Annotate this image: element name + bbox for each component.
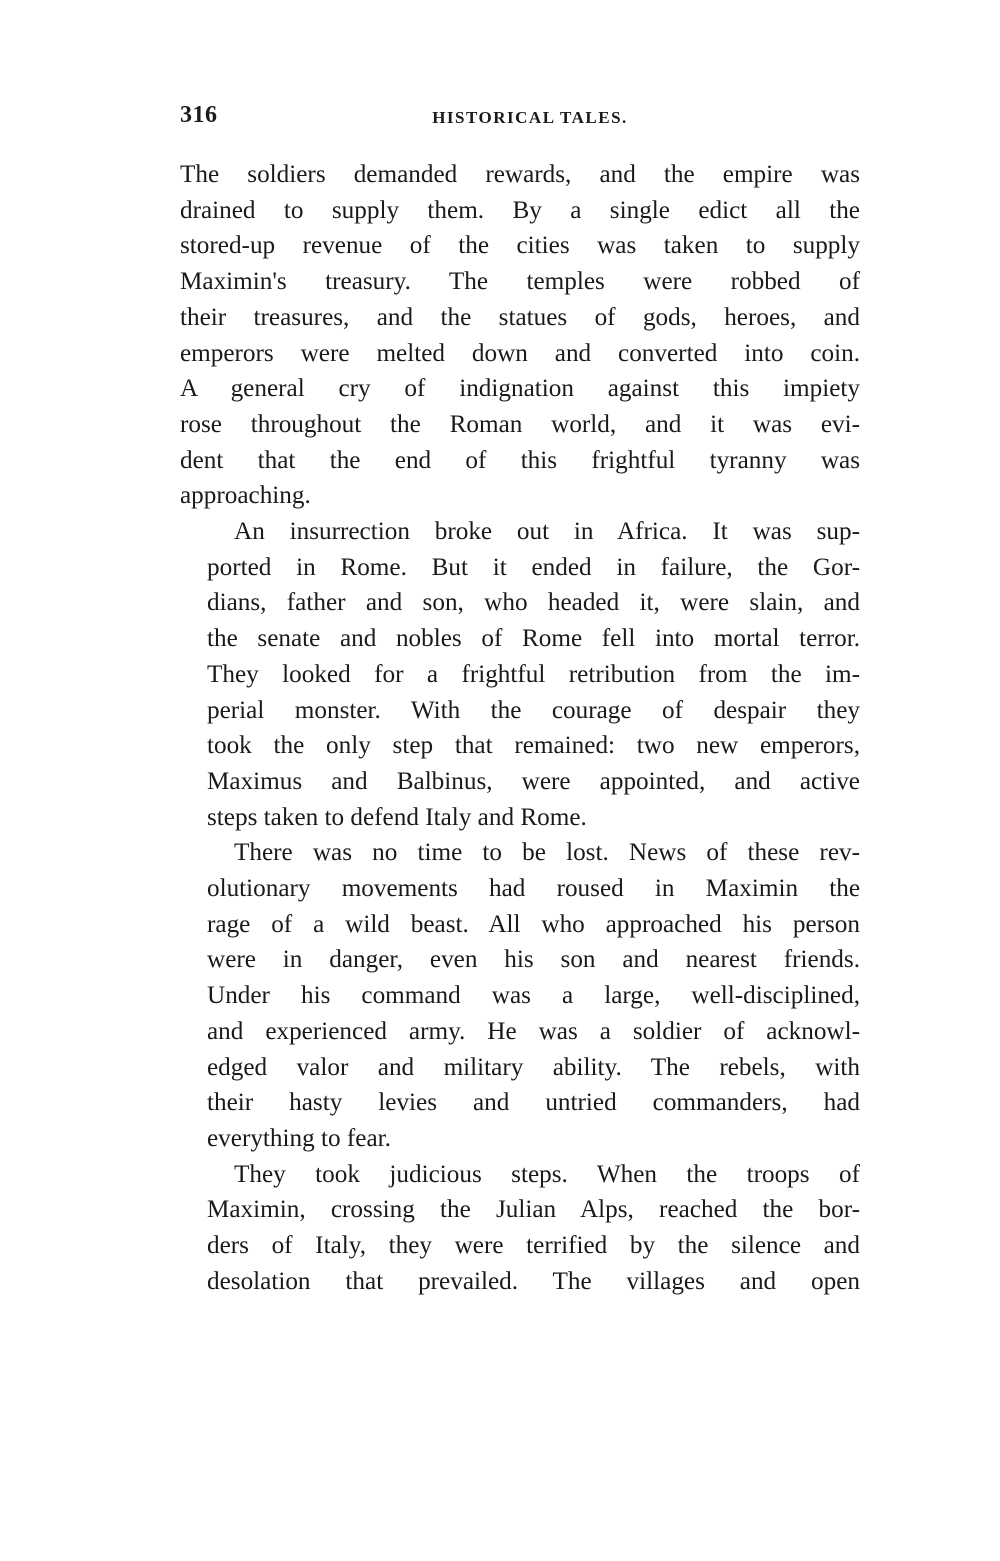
text-line: took the only step that remained: two ne… bbox=[180, 728, 860, 764]
text-line: There was no time to be lost. News of th… bbox=[180, 835, 860, 871]
body-text: The soldiers demanded rewards, and the e… bbox=[180, 157, 860, 1300]
text-line: were in danger, even his son and nearest… bbox=[180, 942, 860, 978]
text-line: Under his command was a large, well-disc… bbox=[180, 978, 860, 1014]
text-line: They looked for a frightful retribution … bbox=[180, 657, 860, 693]
text-line: emperors were melted down and converted … bbox=[180, 336, 860, 372]
text-line: drained to supply them. By a single edic… bbox=[180, 193, 860, 229]
paragraph-3: There was no time to be lost. News of th… bbox=[180, 835, 860, 1156]
text-line: A general cry of indignation against thi… bbox=[180, 371, 860, 407]
text-line: Maximus and Balbinus, were appointed, an… bbox=[180, 764, 860, 800]
text-line: rose throughout the Roman world, and it … bbox=[180, 407, 860, 443]
text-line: steps taken to defend Italy and Rome. bbox=[180, 800, 860, 836]
text-line: approaching. bbox=[180, 478, 860, 514]
paragraph-1: The soldiers demanded rewards, and the e… bbox=[180, 157, 860, 514]
text-line: olutionary movements had roused in Maxim… bbox=[180, 871, 860, 907]
book-page: 316 HISTORICAL TALES. The soldiers deman… bbox=[180, 100, 860, 1300]
text-line: rage of a wild beast. All who approached… bbox=[180, 907, 860, 943]
text-line: ders of Italy, they were terrified by th… bbox=[180, 1228, 860, 1264]
running-title: HISTORICAL TALES. bbox=[180, 108, 860, 128]
text-line: ported in Rome. But it ended in failure,… bbox=[180, 550, 860, 586]
text-line: their treasures, and the statues of gods… bbox=[180, 300, 860, 336]
text-line: stored-up revenue of the cities was take… bbox=[180, 228, 860, 264]
text-line: They took judicious steps. When the troo… bbox=[180, 1157, 860, 1193]
text-line: Maximin, crossing the Julian Alps, reach… bbox=[180, 1192, 860, 1228]
text-line: desolation that prevailed. The villages … bbox=[180, 1264, 860, 1300]
text-line: The soldiers demanded rewards, and the e… bbox=[180, 157, 860, 193]
text-line: dians, father and son, who headed it, we… bbox=[180, 585, 860, 621]
text-line: their hasty levies and untried commander… bbox=[180, 1085, 860, 1121]
text-line: edged valor and military ability. The re… bbox=[180, 1050, 860, 1086]
text-line: dent that the end of this frightful tyra… bbox=[180, 443, 860, 479]
text-line: and experienced army. He was a soldier o… bbox=[180, 1014, 860, 1050]
text-line: An insurrection broke out in Africa. It … bbox=[180, 514, 860, 550]
paragraph-4: They took judicious steps. When the troo… bbox=[180, 1157, 860, 1300]
text-line: perial monster. With the courage of desp… bbox=[180, 693, 860, 729]
text-line: Maximin's treasury. The temples were rob… bbox=[180, 264, 860, 300]
running-head: 316 HISTORICAL TALES. bbox=[180, 100, 860, 140]
paragraph-2: An insurrection broke out in Africa. It … bbox=[180, 514, 860, 835]
text-line: the senate and nobles of Rome fell into … bbox=[180, 621, 860, 657]
text-line: everything to fear. bbox=[180, 1121, 860, 1157]
